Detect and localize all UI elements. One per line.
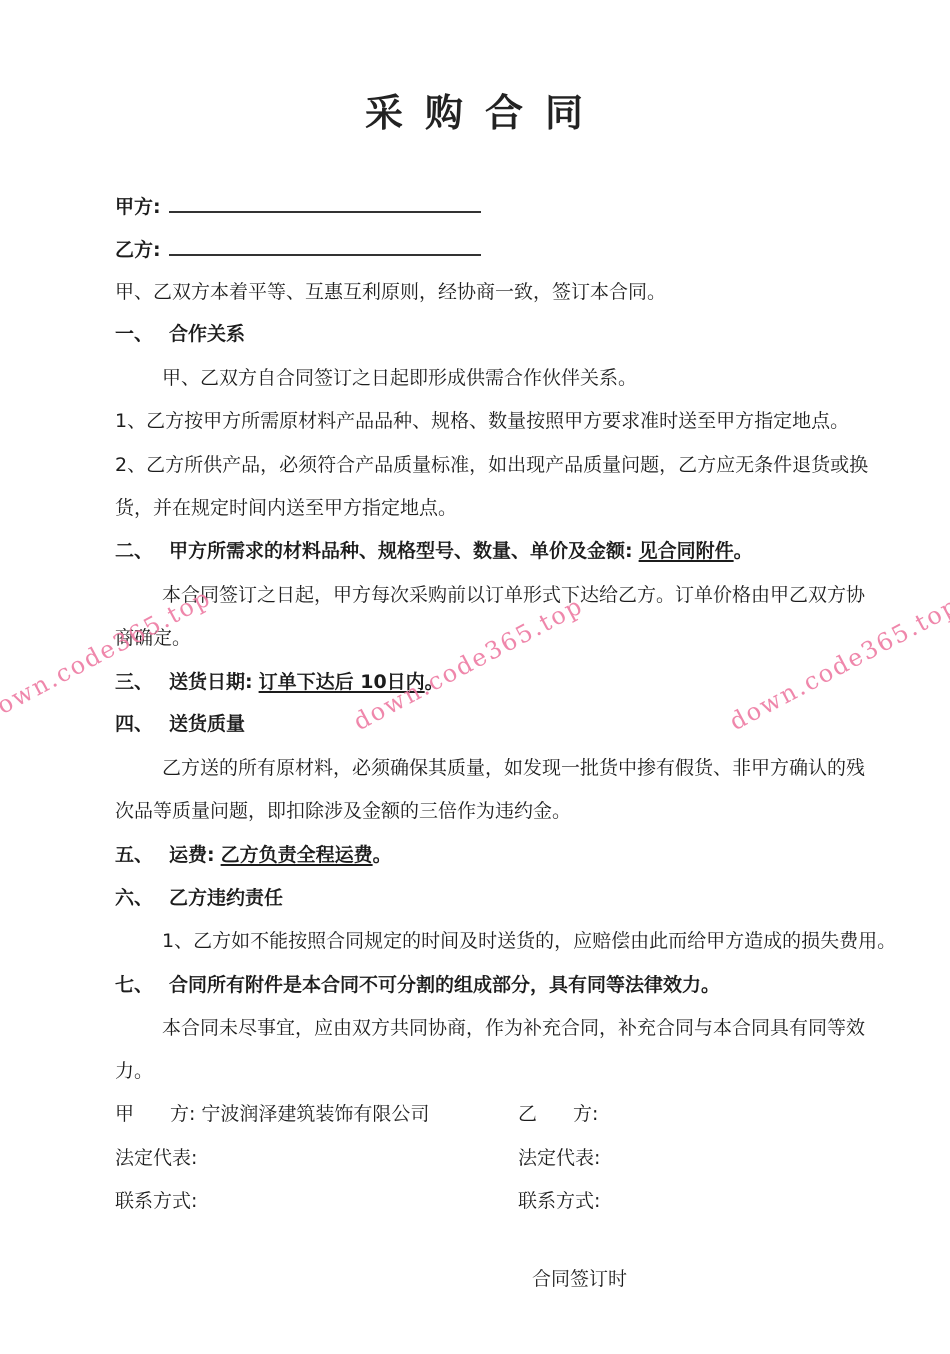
section-heading-end: 。: [734, 540, 753, 562]
contract-page: 采购合同 甲方: 乙方: 甲、乙双方本着平等、互惠互利原则，经协商一致，签订本合…: [0, 0, 950, 1354]
section-heading-value: 订单下达后 10日内: [259, 671, 425, 693]
party-a-blank: [169, 193, 481, 213]
section-4-paragraph: 乙方送的所有原材料，必须确保其质量，如发现一批货中掺有假货、非甲方确认的残: [162, 756, 865, 780]
section-1-item-1: 1、乙方按甲方所需原材料产品品种、规格、数量按照甲方要求准时送至甲方指定地点。: [115, 409, 849, 433]
section-7-heading: 七、合同所有附件是本合同不可分割的组成部分，具有同等法律效力。: [115, 973, 720, 997]
section-number: 二、: [115, 539, 169, 563]
party-a-company-name: 宁波润泽建筑装饰有限公司: [201, 1103, 429, 1125]
section-heading-value: 见合同附件: [639, 540, 734, 562]
section-1-item-2: 2、乙方所供产品，必须符合产品质量标准，如出现产品质量问题，乙方应无条件退货或换: [115, 453, 868, 477]
section-2-paragraph: 本合同签订之日起，甲方每次采购前以订单形式下达给乙方。订单价格由甲乙双方协: [162, 583, 865, 607]
contact-a: 联系方式:: [115, 1189, 197, 1213]
section-number: 一、: [115, 322, 169, 346]
intro-paragraph: 甲、乙双方本着平等、互惠互利原则，经协商一致，签订本合同。: [115, 280, 666, 304]
section-heading-text: 送货日期:: [169, 671, 253, 693]
contact-b: 联系方式:: [518, 1189, 600, 1213]
section-number: 七、: [115, 973, 169, 997]
party-b-sig-label-1: 乙: [518, 1103, 537, 1125]
section-number: 四、: [115, 712, 169, 736]
party-b-field: 乙方:: [115, 236, 481, 262]
section-number: 六、: [115, 886, 169, 910]
section-4-heading: 四、送货质量: [115, 712, 245, 736]
section-heading-text: 运费:: [169, 844, 215, 866]
section-3-heading: 三、送货日期:订单下达后 10日内。: [115, 670, 444, 694]
section-1-heading: 一、合作关系: [115, 322, 245, 346]
party-b-blank: [169, 236, 481, 256]
party-a-label: 甲方:: [115, 196, 161, 218]
section-2-heading: 二、甲方所需求的材料品种、规格型号、数量、单价及金额:见合同附件。: [115, 539, 753, 563]
section-heading-text: 乙方违约责任: [169, 887, 283, 909]
party-a-sig-label-1: 甲: [115, 1103, 134, 1125]
section-heading-text: 送货质量: [169, 713, 245, 735]
party-b-label: 乙方:: [115, 239, 161, 261]
party-a-field: 甲方:: [115, 193, 481, 219]
section-heading-value: 乙方负责全程运费: [221, 844, 373, 866]
section-4-paragraph-cont: 次品等质量问题，即扣除涉及金额的三倍作为违约金。: [115, 799, 571, 823]
party-b-sig-label-2: 方:: [573, 1103, 598, 1125]
document-title: 采购合同: [0, 82, 950, 137]
section-2-paragraph-cont: 商确定。: [115, 626, 191, 650]
signature-party-a: 甲方:宁波润泽建筑装饰有限公司: [115, 1102, 429, 1126]
signature-party-b: 乙方:: [518, 1102, 598, 1126]
signing-time-label: 合同签订时: [532, 1267, 627, 1291]
section-heading-text: 甲方所需求的材料品种、规格型号、数量、单价及金额:: [169, 540, 633, 562]
watermark: down.code365.top: [349, 591, 588, 736]
watermark: down.code365.top: [725, 591, 950, 736]
section-7-paragraph-cont: 力。: [115, 1059, 153, 1083]
legal-rep-a: 法定代表:: [115, 1146, 197, 1170]
section-heading-text: 合同所有附件是本合同不可分割的组成部分，具有同等法律效力。: [169, 974, 720, 996]
section-heading-end: 。: [425, 671, 444, 693]
section-5-heading: 五、运费:乙方负责全程运费。: [115, 843, 392, 867]
section-1-item-2-cont: 货，并在规定时间内送至甲方指定地点。: [115, 496, 457, 520]
section-6-item-1: 1、乙方如不能按照合同规定的时间及时送货的，应赔偿由此而给甲方造成的损失费用。: [162, 929, 896, 953]
section-heading-text: 合作关系: [169, 323, 245, 345]
section-number: 三、: [115, 670, 169, 694]
legal-rep-b: 法定代表:: [518, 1146, 600, 1170]
section-6-heading: 六、乙方违约责任: [115, 886, 283, 910]
party-a-sig-label-2: 方:: [170, 1103, 195, 1125]
section-1-paragraph: 甲、乙双方自合同签订之日起即形成供需合作伙伴关系。: [162, 366, 637, 390]
section-number: 五、: [115, 843, 169, 867]
section-7-paragraph: 本合同未尽事宜，应由双方共同协商，作为补充合同，补充合同与本合同具有同等效: [162, 1016, 865, 1040]
section-heading-end: 。: [373, 844, 392, 866]
